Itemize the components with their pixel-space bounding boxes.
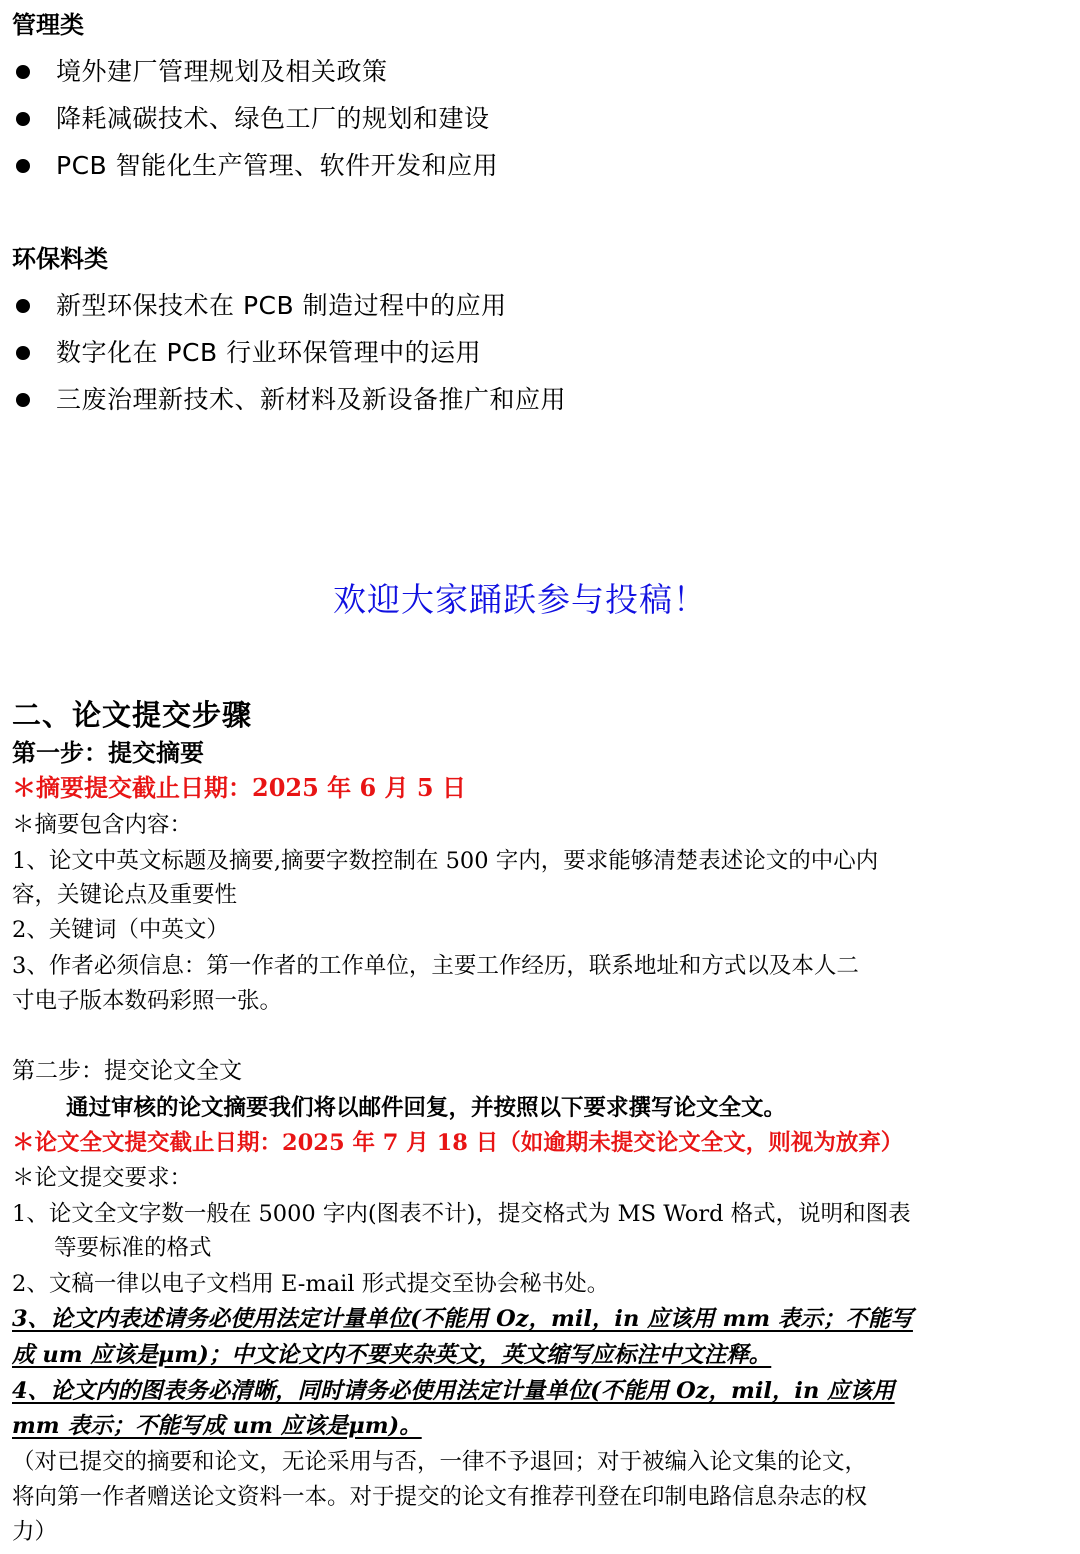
requirement-2: 2、文稿一律以电子文档用 E-mail 形式提交至协会秘书处。 [12,1268,609,1300]
requirement-1-line-2: 等要标准的格式 [54,1232,212,1264]
bullet-icon [16,65,30,79]
list-item-text: 新型环保技术在 PCB 制造过程中的应用 [56,290,507,322]
welcome-banner: 欢迎大家踊跃参与投稿！ [0,580,1040,620]
fulltext-deadline: ＊论文全文提交截止日期：2025 年 7 月 18 日（如逾期未提交论文全文，则… [12,1127,903,1159]
list-item: 新型环保技术在 PCB 制造过程中的应用 [12,290,507,322]
requirement-4-line-1: 4、论文内的图表务必清晰，同时请务必使用法定计量单位(不能用 Oz，mil，in… [12,1375,895,1407]
abstract-item-2: 2、关键词（中英文） [12,914,229,946]
abstract-contents-label: ＊摘要包含内容： [12,809,192,841]
bullet-icon [16,159,30,173]
category-title-management: 管理类 [12,10,84,40]
note-line-1: （对已提交的摘要和论文，无论采用与否，一律不予退回；对于被编入论文集的论文， [12,1446,867,1478]
list-item-text: 降耗减碳技术、绿色工厂的规划和建设 [56,103,490,135]
list-item: 境外建厂管理规划及相关政策 [12,56,388,88]
list-item-text: 三废治理新技术、新材料及新设备推广和应用 [56,384,566,416]
list-item-text: 数字化在 PCB 行业环保管理中的运用 [56,337,481,369]
requirement-3-line-2: 成 um 应该是μm)；中文论文内不要夹杂英文，英文缩写应标注中文注释。 [12,1339,771,1371]
requirement-3-line-1: 3、论文内表述请务必使用法定计量单位(不能用 Oz，mil，in 应该用 mm … [12,1303,913,1335]
bullet-icon [16,299,30,313]
step1-title: 第一步：提交摘要 [12,737,204,769]
list-item: 数字化在 PCB 行业环保管理中的运用 [12,337,481,369]
bullet-icon [16,393,30,407]
requirement-1-line-1: 1、论文全文字数一般在 5000 字内(图表不计)，提交格式为 MS Word … [12,1198,911,1230]
abstract-item-1-line-2: 容，关键论点及重要性 [12,879,237,911]
requirements-label: ＊论文提交要求： [12,1162,192,1194]
list-item: 降耗减碳技术、绿色工厂的规划和建设 [12,103,490,135]
bullet-icon [16,346,30,360]
note-line-2: 将向第一作者赠送论文资料一本。对于提交的论文有推荐刊登在印制电路信息杂志的权 [12,1481,867,1513]
category-title-environmental: 环保料类 [12,244,108,274]
abstract-item-3-line-2: 寸电子版本数码彩照一张。 [12,985,282,1017]
abstract-deadline: ＊摘要提交截止日期：2025 年 6 月 5 日 [12,772,466,804]
abstract-item-1-line-1: 1、论文中英文标题及摘要,摘要字数控制在 500 字内，要求能够清楚表述论文的中… [12,845,878,877]
list-item-text: PCB 智能化生产管理、软件开发和应用 [56,150,498,182]
list-item: PCB 智能化生产管理、软件开发和应用 [12,150,498,182]
list-item: 三废治理新技术、新材料及新设备推广和应用 [12,384,566,416]
note-line-3: 力） [12,1516,57,1548]
abstract-item-3-line-1: 3、作者必须信息：第一作者的工作单位，主要工作经历，联系地址和方式以及本人二 [12,950,859,982]
step2-intro: 通过审核的论文摘要我们将以邮件回复，并按照以下要求撰写论文全文。 [66,1092,786,1124]
step2-title: 第二步：提交论文全文 [12,1055,242,1087]
requirement-4-line-2: mm 表示；不能写成 um 应该是μm)。 [12,1410,422,1442]
bullet-icon [16,112,30,126]
list-item-text: 境外建厂管理规划及相关政策 [56,56,388,88]
section-title: 二、论文提交步骤 [12,697,252,733]
